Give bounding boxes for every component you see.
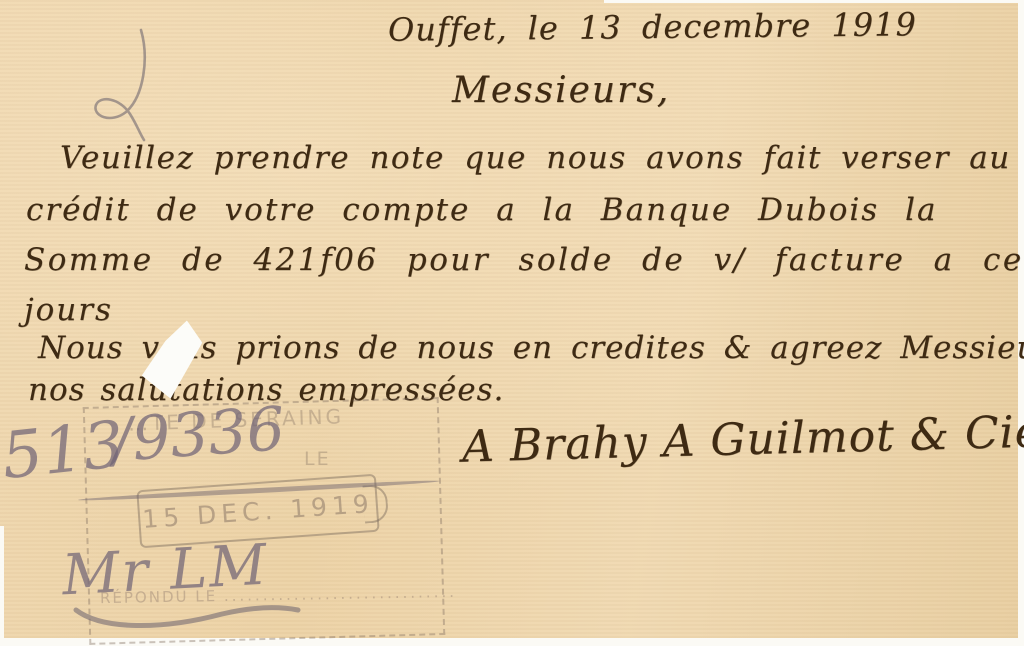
- pencil-reference-number-left: 513: [0, 408, 128, 494]
- pencil-underline-flourish: [72, 596, 302, 632]
- postcard-letter: Ouffet, le 13 decembre 1919 Messieurs, V…: [0, 0, 1024, 646]
- letter-body-line: crédit de votre compte a la Banque Duboi…: [26, 192, 937, 228]
- pencil-reference-number-right: /9336: [110, 394, 287, 476]
- letter-signature: A Brahy A Guilmot & Cie: [461, 406, 1024, 472]
- pencil-squiggle-mark: [84, 26, 156, 144]
- letter-body-line: jours: [24, 292, 113, 328]
- received-stamp-le-label: LE: [304, 448, 331, 470]
- scan-edge-top: [604, 0, 1024, 3]
- scan-edge-left: [0, 526, 4, 646]
- letter-dateline: Ouffet, le 13 decembre 1919: [388, 5, 917, 49]
- letter-body-line: Somme de 421f06 pour solde de v/ facture…: [24, 242, 1024, 278]
- scan-edge-right: [1018, 0, 1024, 646]
- letter-body-line: Veuillez prendre note que nous avons fai…: [60, 140, 1011, 176]
- letter-salutation: Messieurs,: [452, 70, 670, 111]
